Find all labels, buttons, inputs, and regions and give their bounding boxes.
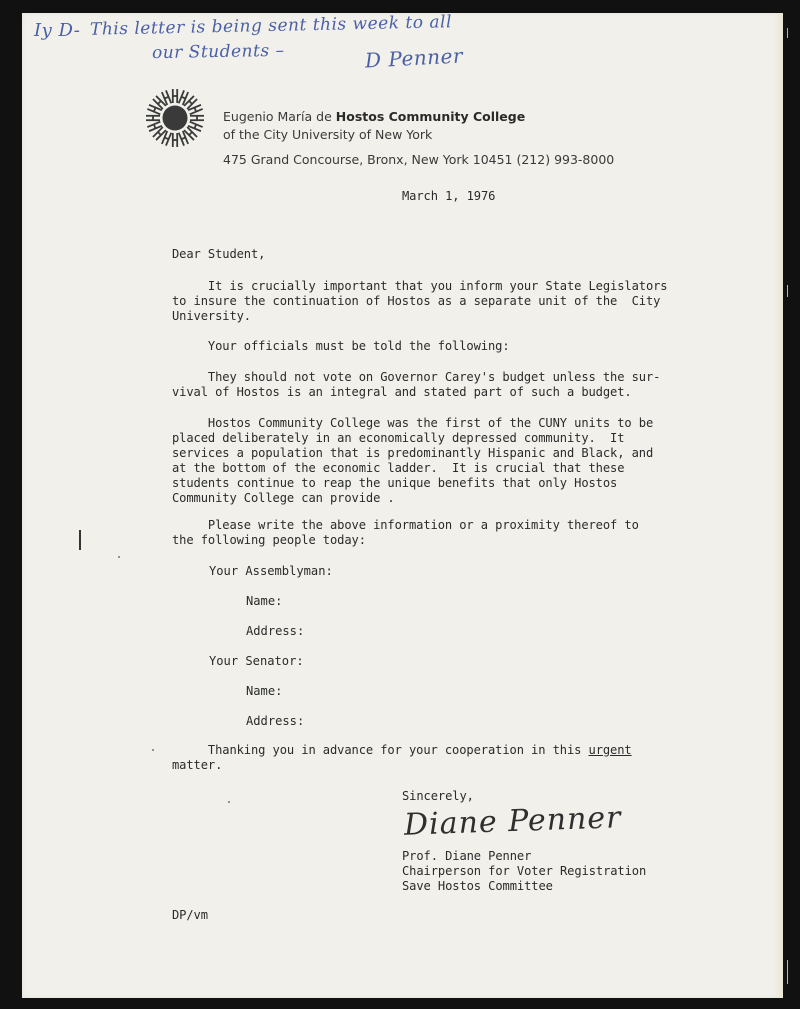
senator-heading: Your Senator:	[209, 654, 304, 668]
edge-mark	[787, 960, 788, 984]
speck	[118, 556, 120, 558]
speck	[152, 749, 154, 751]
closing-paragraph: Thanking you in advance for your coopera…	[172, 743, 632, 773]
paragraph-3: They should not vote on Governor Carey's…	[172, 370, 660, 400]
paper-edge-shading	[773, 13, 783, 998]
reference-initials: DP/vm	[172, 908, 208, 923]
signature-block: Prof. Diane PennerChairperson for Voter …	[402, 849, 646, 894]
college-address: 475 Grand Concourse, Bronx, New York 104…	[223, 152, 614, 167]
sign-off: Sincerely,	[402, 789, 474, 804]
signer-name: Prof. Diane Penner	[402, 849, 646, 864]
signer-title: Chairperson for Voter Registration	[402, 864, 646, 879]
closing-text: Thanking you in advance for your coopera…	[172, 743, 589, 757]
college-affiliation: of the City University of New York	[223, 127, 432, 142]
urgent-underlined: urgent	[589, 743, 632, 757]
handwritten-initials: D Penner	[364, 43, 463, 72]
paragraph-2: Your officials must be told the followin…	[172, 339, 510, 354]
signer-organization: Save Hostos Committee	[402, 879, 646, 894]
assemblyman-heading: Your Assemblyman:	[209, 564, 333, 578]
margin-mark	[79, 530, 81, 550]
college-name-bold: Hostos Community College	[336, 109, 525, 124]
assemblyman-address-label: Address:	[246, 624, 304, 638]
hostos-sunburst-logo-icon	[144, 87, 206, 149]
assemblyman-name-label: Name:	[246, 594, 282, 608]
senator-name-label: Name:	[246, 684, 282, 698]
letter-date: March 1, 1976	[402, 189, 495, 204]
college-name-prefix: Eugenio María de	[223, 109, 336, 124]
scanned-document: Iy D- This letter is being sent this wee…	[0, 0, 800, 1009]
handwritten-note-line-2: our Students –	[152, 41, 285, 63]
edge-mark	[787, 285, 788, 297]
paragraph-1: It is crucially important that you infor…	[172, 279, 668, 324]
senator-address-label: Address:	[246, 714, 304, 728]
salutation: Dear Student,	[172, 247, 265, 262]
college-name: Eugenio María de Hostos Community Colleg…	[223, 109, 525, 124]
speck	[228, 801, 230, 803]
handwritten-prefix: Iy D-	[34, 20, 80, 41]
edge-mark	[787, 28, 788, 38]
paragraph-5: Please write the above information or a …	[172, 518, 639, 548]
paragraph-4: Hostos Community College was the first o…	[172, 416, 653, 506]
closing-text-end: matter.	[172, 758, 222, 772]
